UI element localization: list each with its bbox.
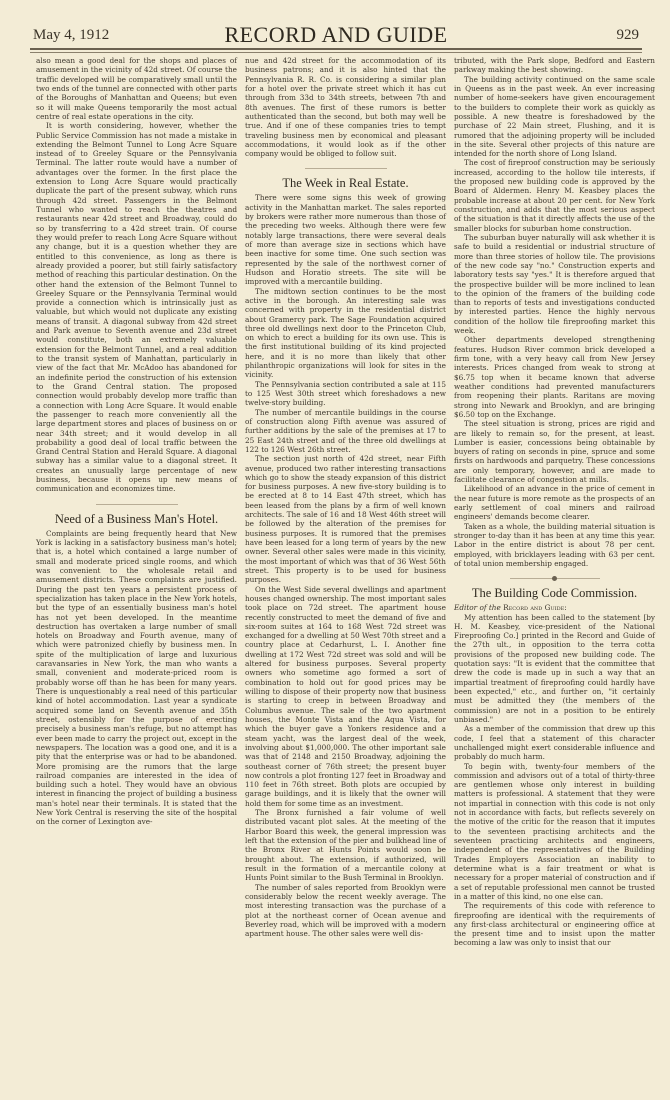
column-2: nue and 42d street for the accommodation… bbox=[245, 56, 446, 938]
paragraph: It is worth considering, however, whethe… bbox=[36, 121, 237, 494]
paragraph: The Pennsylvania section contributed a s… bbox=[245, 380, 446, 408]
column-1: also mean a good deal for the shops and … bbox=[36, 56, 237, 827]
paragraph: On the West Side several dwellings and a… bbox=[245, 585, 446, 809]
paragraph: There were some signs this week of growi… bbox=[245, 193, 446, 286]
paragraph: To begin with, twenty-four members of th… bbox=[454, 762, 655, 902]
paragraph: Complaints are being frequently heard th… bbox=[36, 529, 237, 827]
paragraph: As a member of the commission that drew … bbox=[454, 724, 655, 761]
paragraph: The building activity continued on the s… bbox=[454, 75, 655, 159]
section-heading-building-code-commission: The Building Code Commission. bbox=[454, 586, 655, 600]
paragraph: The number of mercantile buildings in th… bbox=[245, 408, 446, 455]
paragraph: also mean a good deal for the shops and … bbox=[36, 56, 237, 121]
page-number: 929 bbox=[617, 27, 640, 44]
publication-title: RECORD AND GUIDE bbox=[30, 22, 642, 48]
paragraph: The steel situation is strong, prices ar… bbox=[454, 419, 655, 484]
editor-salutation: Editor of the Record and Guide: bbox=[454, 603, 655, 612]
paragraph: My attention has been called to the stat… bbox=[454, 613, 655, 725]
paragraph: The Bronx furnished a fair volume of wel… bbox=[245, 808, 446, 883]
paragraph: nue and 42d street for the accommodation… bbox=[245, 56, 446, 158]
editor-salutation-name: Record and Guide: bbox=[503, 603, 567, 612]
paragraph: The number of sales reported from Brookl… bbox=[245, 883, 446, 939]
paragraph: Taken as a whole, the building material … bbox=[454, 522, 655, 569]
paragraph: The suburban buyer naturally will ask wh… bbox=[454, 233, 655, 335]
newspaper-page: May 4, 1912 RECORD AND GUIDE 929 also me… bbox=[0, 0, 670, 1100]
column-3: tributed, with the Park slope, Bedford a… bbox=[454, 56, 655, 948]
section-heading-week-in-real-estate: The Week in Real Estate. bbox=[245, 176, 446, 190]
paragraph: The midtown section continues to be the … bbox=[245, 287, 446, 380]
paragraph: Likelihood of an advance in the price of… bbox=[454, 484, 655, 521]
ornamental-divider bbox=[510, 578, 600, 579]
section-divider bbox=[305, 168, 387, 169]
paragraph: The section just north of 42d street, ne… bbox=[245, 454, 446, 584]
section-heading-business-hotel: Need of a Business Man's Hotel. bbox=[36, 512, 237, 526]
paragraph: Other departments developed strengthenin… bbox=[454, 335, 655, 419]
paragraph: tributed, with the Park slope, Bedford a… bbox=[454, 56, 655, 75]
editor-salutation-prefix: Editor of the bbox=[454, 603, 501, 612]
paragraph: The cost of fireproof construction may b… bbox=[454, 158, 655, 233]
paragraph: The requirements of this code with refer… bbox=[454, 901, 655, 948]
section-divider bbox=[96, 504, 178, 505]
masthead: May 4, 1912 RECORD AND GUIDE 929 bbox=[30, 18, 642, 50]
